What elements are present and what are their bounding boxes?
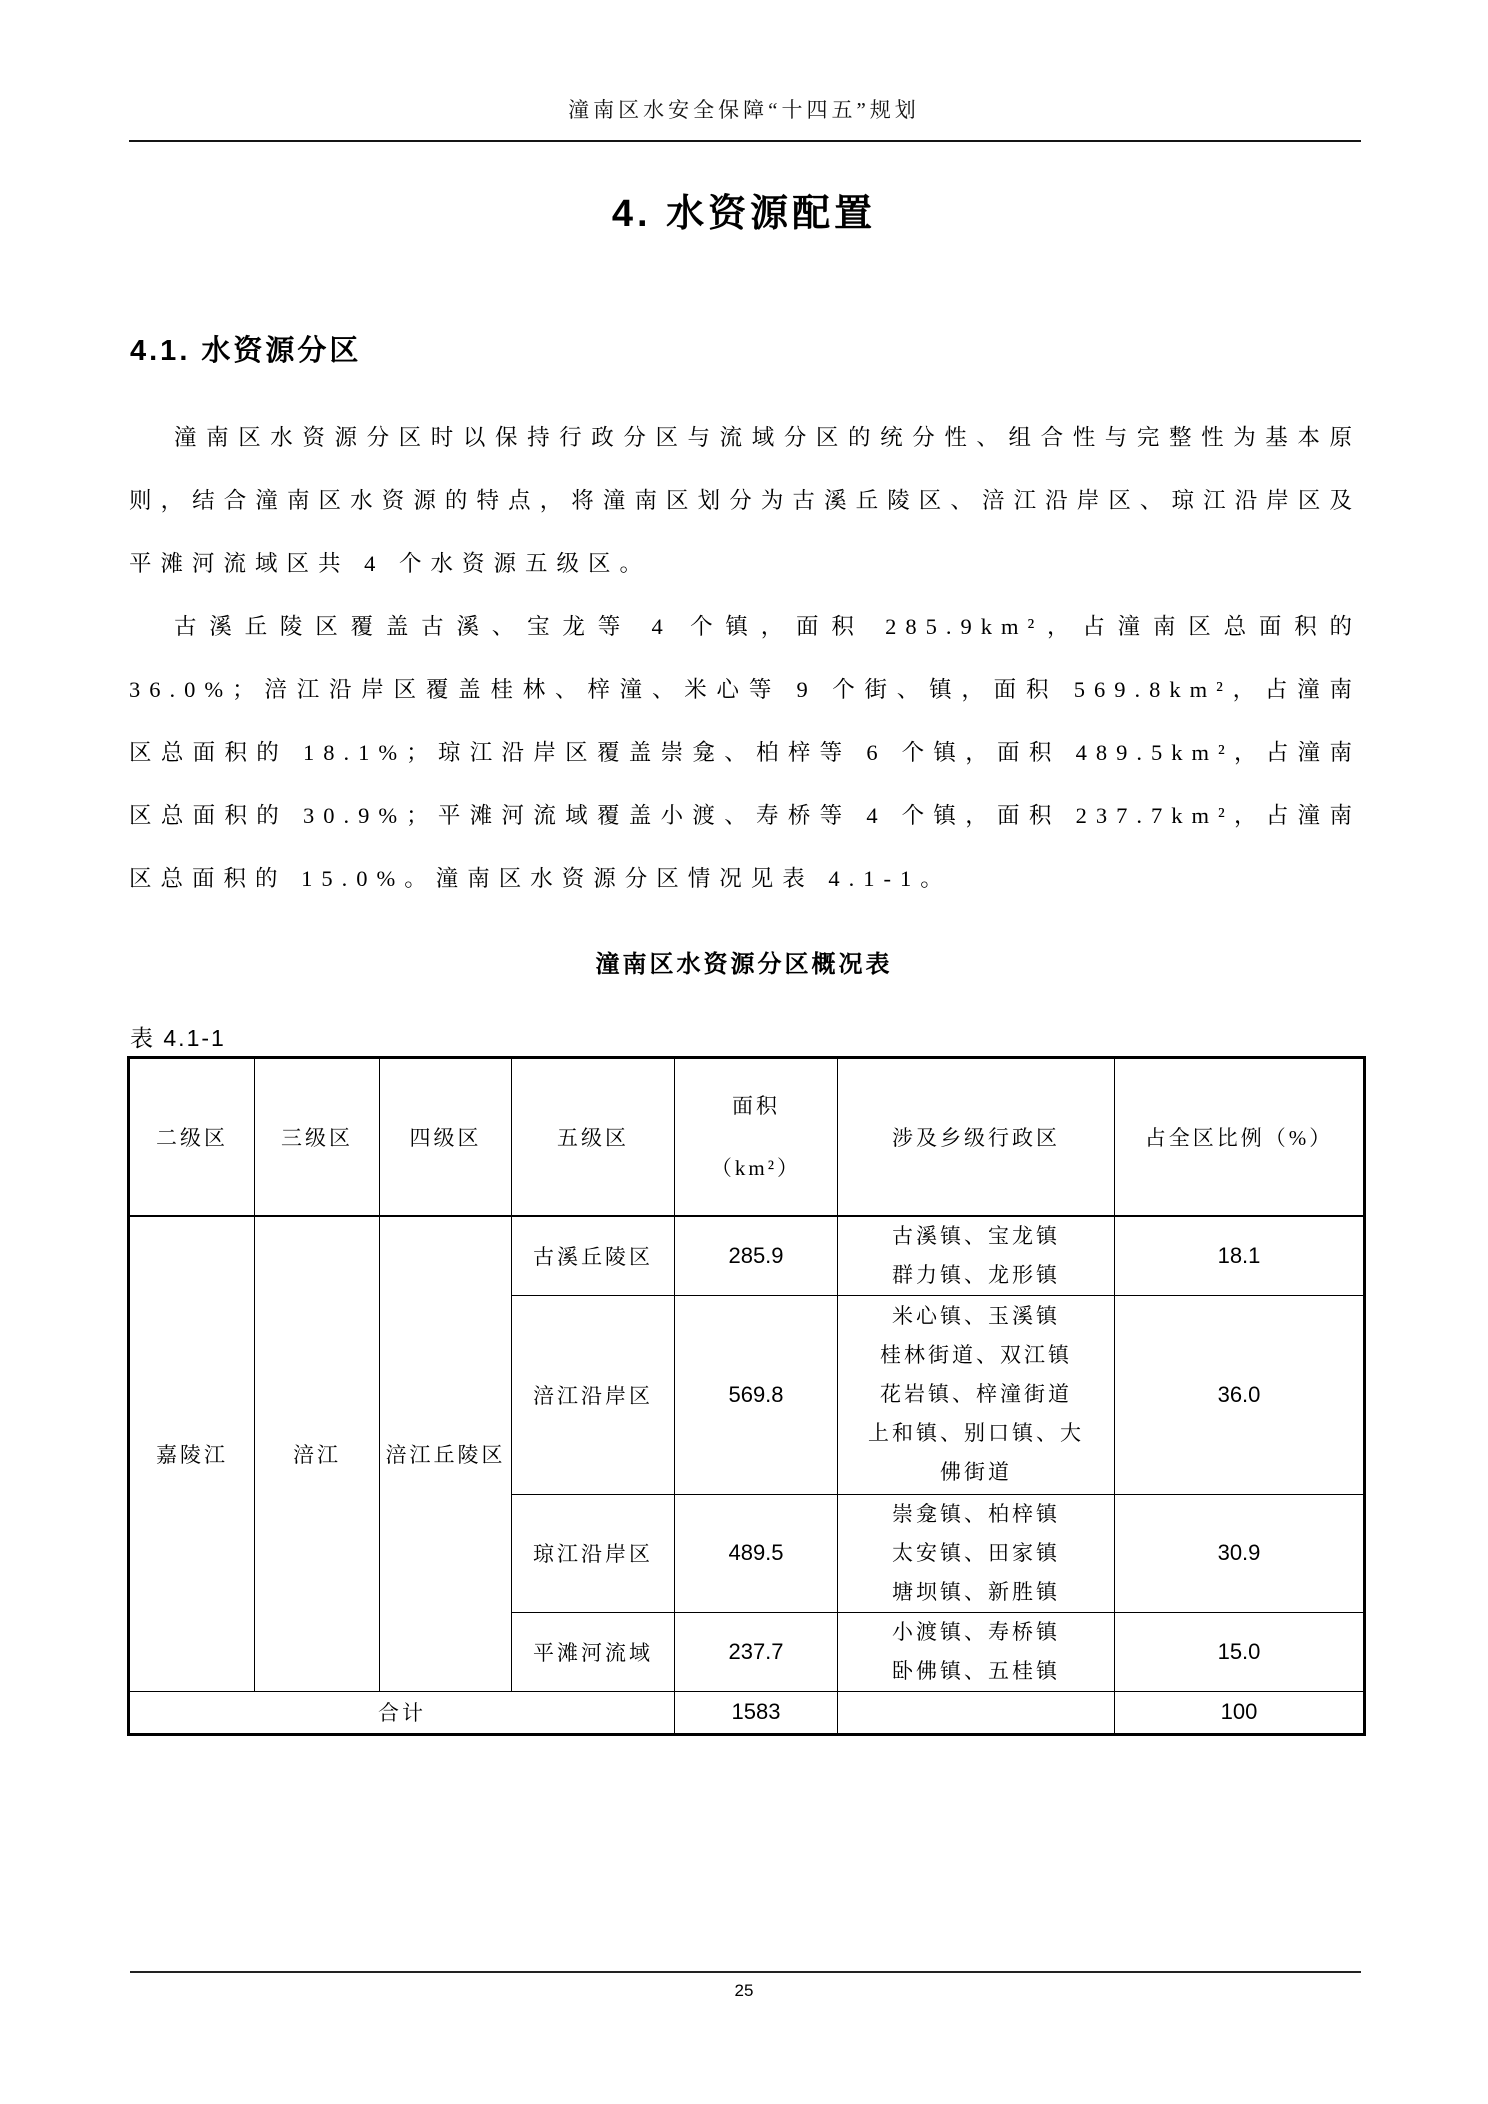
cell-level2: 嘉陵江 [129, 1216, 255, 1692]
col-header-percent: 占全区比例（%） [1115, 1058, 1365, 1216]
cell-area: 489.5 [675, 1494, 838, 1612]
cell-level3: 涪江 [255, 1216, 380, 1692]
cell-area: 569.8 [675, 1295, 838, 1494]
cell-level4: 涪江丘陵区 [380, 1216, 512, 1692]
cell-area: 237.7 [675, 1612, 838, 1691]
cell-total-percent: 100 [1115, 1691, 1365, 1734]
cell-area: 285.9 [675, 1216, 838, 1296]
cell-townships: 小渡镇、寿桥镇 卧佛镇、五桂镇 [838, 1612, 1115, 1691]
table-row: 嘉陵江 涪江 涪江丘陵区 古溪丘陵区 285.9 古溪镇、宝龙镇 群力镇、龙形镇… [129, 1216, 1365, 1296]
header-rule [129, 140, 1361, 142]
cell-townships: 古溪镇、宝龙镇 群力镇、龙形镇 [838, 1216, 1115, 1296]
cell-zone: 古溪丘陵区 [512, 1216, 675, 1296]
zoning-table-wrap: 二级区 三级区 四级区 五级区 面积 （km²） 涉及乡级行政区 占全区比例（%… [127, 1056, 1363, 1736]
running-header: 潼南区水安全保障“十四五”规划 [0, 94, 1488, 124]
footer-rule [130, 1971, 1361, 1973]
cell-total-label: 合计 [129, 1691, 675, 1734]
cell-townships: 米心镇、玉溪镇 桂林街道、双江镇 花岩镇、梓潼街道 上和镇、别口镇、大 佛街道 [838, 1295, 1115, 1494]
page-number: 25 [0, 1981, 1488, 2001]
cell-zone: 琼江沿岸区 [512, 1494, 675, 1612]
cell-percent: 18.1 [1115, 1216, 1365, 1296]
cell-total-area: 1583 [675, 1691, 838, 1734]
chapter-title: 4. 水资源配置 [0, 182, 1488, 237]
cell-percent: 36.0 [1115, 1295, 1365, 1494]
cell-townships: 崇龛镇、柏梓镇 太安镇、田家镇 塘坝镇、新胜镇 [838, 1494, 1115, 1612]
col-header-townships: 涉及乡级行政区 [838, 1058, 1115, 1216]
col-header-level5: 五级区 [512, 1058, 675, 1216]
col-header-level2: 二级区 [129, 1058, 255, 1216]
paragraph-2: 古溪丘陵区覆盖古溪、宝龙等 4 个镇，面积 285.9km²，占潼南区总面积的 … [129, 595, 1361, 910]
col-header-level4: 四级区 [380, 1058, 512, 1216]
col-header-area: 面积 （km²） [675, 1058, 838, 1216]
body-text: 潼南区水资源分区时以保持行政分区与流域分区的统分性、组合性与完整性为基本原则，结… [129, 406, 1361, 910]
paragraph-1: 潼南区水资源分区时以保持行政分区与流域分区的统分性、组合性与完整性为基本原则，结… [129, 406, 1361, 595]
cell-zone: 涪江沿岸区 [512, 1295, 675, 1494]
col-header-level3: 三级区 [255, 1058, 380, 1216]
cell-zone: 平滩河流域 [512, 1612, 675, 1691]
zoning-table: 二级区 三级区 四级区 五级区 面积 （km²） 涉及乡级行政区 占全区比例（%… [127, 1056, 1366, 1736]
table-header-row: 二级区 三级区 四级区 五级区 面积 （km²） 涉及乡级行政区 占全区比例（%… [129, 1058, 1365, 1216]
table-total-row: 合计 1583 100 [129, 1691, 1365, 1734]
table-label: 表 4.1-1 [130, 1020, 226, 1053]
table-caption: 潼南区水资源分区概况表 [0, 944, 1488, 979]
section-heading: 4.1. 水资源分区 [130, 328, 361, 369]
cell-percent: 30.9 [1115, 1494, 1365, 1612]
cell-percent: 15.0 [1115, 1612, 1365, 1691]
cell-total-townships [838, 1691, 1115, 1734]
